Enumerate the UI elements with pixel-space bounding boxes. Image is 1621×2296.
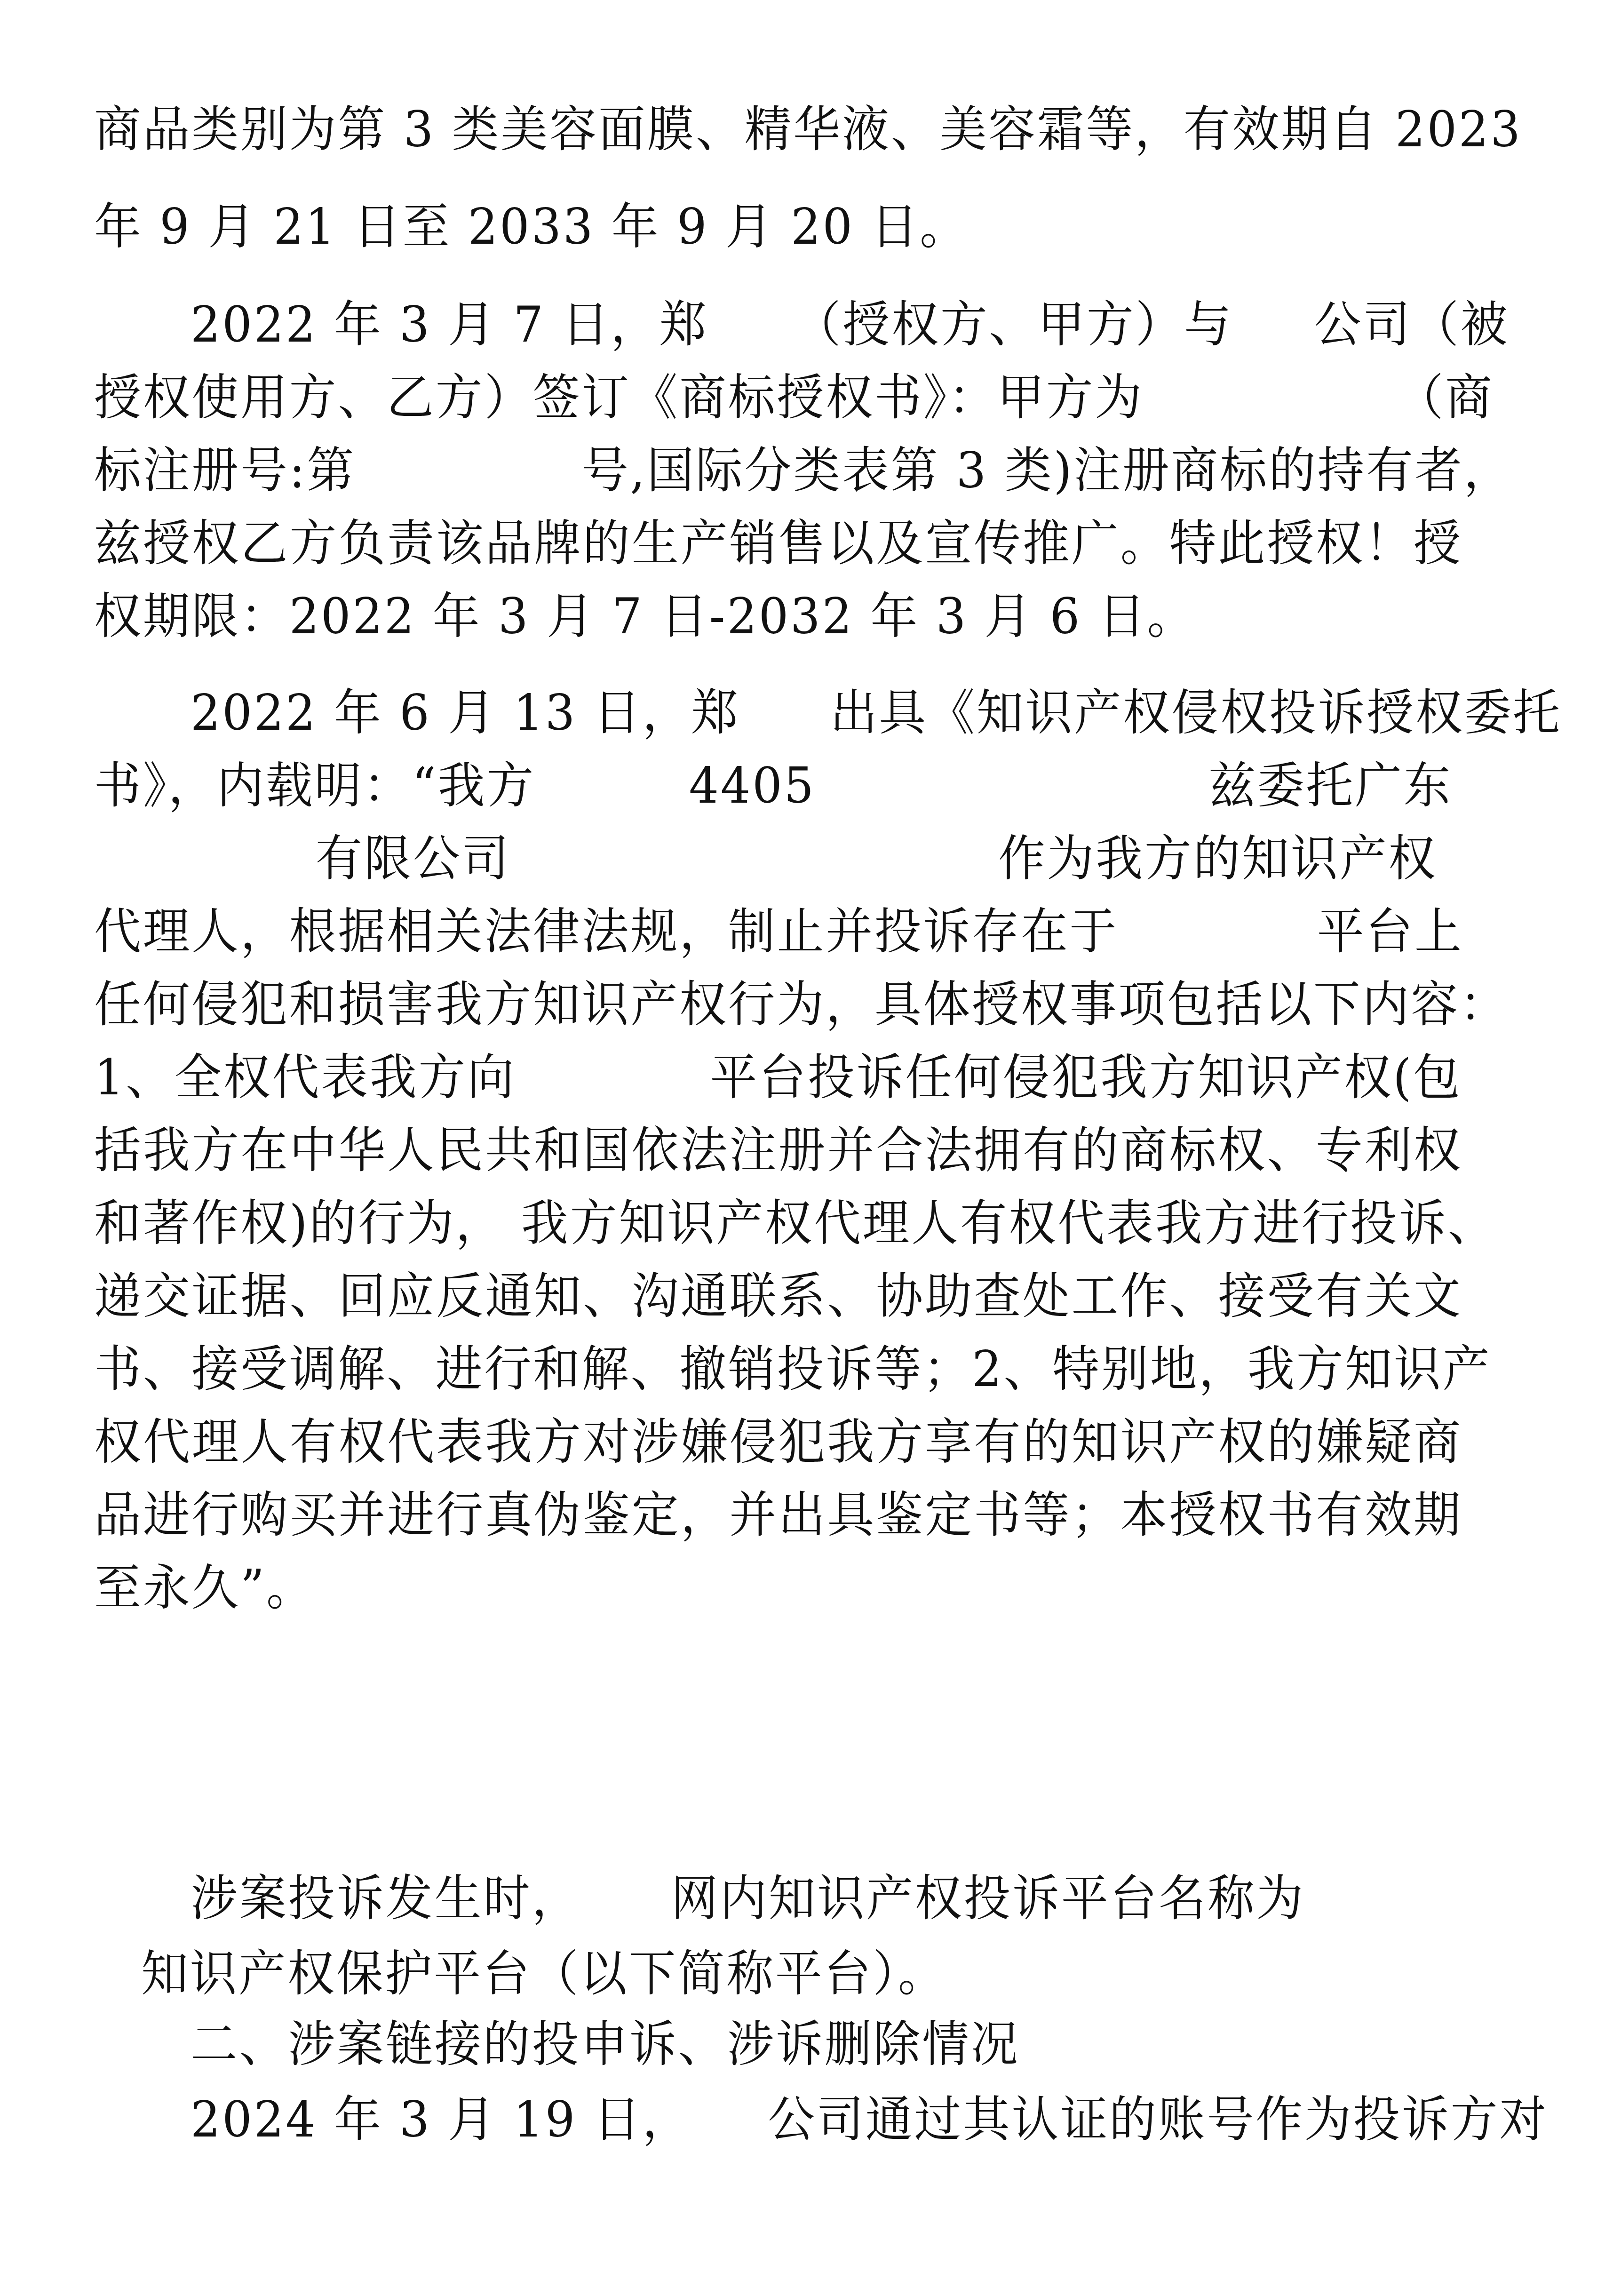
text-segment: 4405 <box>689 757 815 814</box>
text-segment: 2024 年 3 月 19 日， <box>191 2091 691 2148</box>
text-segment: 权代理人有权代表我方对涉嫌侵犯我方享有的知识产权的嫌疑商 <box>94 1413 1462 1471</box>
document-page: 商品类别为第 3 类美容面膜、精华液、美容霜等，有效期自 2023 年 9 月 … <box>0 0 1621 2296</box>
text-line-2: 年 9 月 21 日至 2033 年 9 月 20 日。 <box>94 194 1462 260</box>
text-line-22: 知识产权保护平台（以下简称平台）。 <box>141 1941 1510 2007</box>
text-segment: 号,国际分类表第 3 类)注册商标的持有者， <box>581 442 1512 499</box>
text-line-4: 授权使用方、乙方）签订《商标授权书》：甲方为（商 <box>94 365 1462 430</box>
text-segment: 有限公司 <box>315 830 510 887</box>
text-segment: 作为我方的知识产权 <box>998 830 1437 887</box>
text-segment: 知识产权保护平台（以下简称平台）。 <box>141 1945 947 2002</box>
text-line-17: 书、接受调解、进行和解、撤销投诉等；2、特别地，我方知识产 <box>94 1336 1462 1402</box>
text-segment: 商品类别为第 3 类美容面膜、精华液、美容霜等，有效期自 2023 <box>94 101 1522 158</box>
text-segment: 网内知识产权投诉平台名称为 <box>671 1870 1305 1927</box>
text-line-8: 2022 年 6 月 13 日，郑出具《知识产权侵权投诉授权委托 <box>191 680 1466 746</box>
text-line-3: 2022 年 3 月 7 日，郑（授权方、甲方）与公司（被 <box>191 292 1466 358</box>
text-segment: 2022 年 3 月 7 日，郑 <box>191 296 708 353</box>
text-line-19: 品进行购买并进行真伪鉴定，并出具鉴定书等；本授权书有效期 <box>94 1482 1462 1548</box>
text-segment: 2022 年 6 月 13 日，郑 <box>191 684 740 741</box>
text-segment: 1、全权代表我方向 <box>94 1049 516 1106</box>
text-line-14: 括我方在中华人民共和国依法注册并合法拥有的商标权、专利权 <box>94 1117 1462 1183</box>
text-segment: 任何侵犯和损害我方知识产权行为，具体授权事项包括以下内容： <box>94 976 1509 1033</box>
text-segment: 涉案投诉发生时， <box>191 1870 580 1927</box>
text-line-21: 涉案投诉发生时，网内知识产权投诉平台名称为 <box>191 1865 1466 1931</box>
text-segment: 权期限：2022 年 3 月 7 日-2032 年 3 月 6 日。 <box>94 588 1196 645</box>
text-line-13: 1、全权代表我方向平台投诉任何侵犯我方知识产权(包 <box>94 1044 1462 1110</box>
text-line-20: 至永久”。 <box>94 1555 1462 1621</box>
text-segment: 括我方在中华人民共和国依法注册并合法拥有的商标权、专利权 <box>94 1122 1462 1179</box>
text-segment: （授权方、甲方）与 <box>794 296 1233 353</box>
text-segment: 至永久”。 <box>94 1559 315 1617</box>
text-line-9: 书》，内载明：“我方4405兹委托广东 <box>94 753 1462 819</box>
section-heading-text: 二、涉案链接的投申诉、涉诉删除情况 <box>191 2016 1020 2073</box>
text-line-1: 商品类别为第 3 类美容面膜、精华液、美容霜等，有效期自 2023 <box>94 96 1462 162</box>
text-segment: 出具《知识产权侵权投诉授权委托 <box>830 684 1562 741</box>
text-segment: 书》，内载明：“我方 <box>94 757 535 814</box>
text-segment: 公司通过其认证的账号作为投诉方对 <box>768 2091 1548 2148</box>
text-line-24: 2024 年 3 月 19 日，公司通过其认证的账号作为投诉方对 <box>191 2087 1466 2152</box>
text-segment: 兹授权乙方负责该品牌的生产销售以及宣传推广。特此授权！授 <box>94 515 1462 572</box>
text-line-10: 有限公司作为我方的知识产权 <box>94 826 1462 892</box>
text-line-15: 和著作权)的行为， 我方知识产权代理人有权代表我方进行投诉、 <box>94 1190 1462 1256</box>
section-heading: 二、涉案链接的投申诉、涉诉删除情况 <box>191 2011 1466 2077</box>
text-segment: 书、接受调解、进行和解、撤销投诉等；2、特别地，我方知识产 <box>94 1340 1491 1398</box>
text-segment: 年 9 月 21 日至 2033 年 9 月 20 日。 <box>94 198 969 255</box>
text-segment: 平台上 <box>1317 903 1463 960</box>
text-segment: 平台投诉任何侵犯我方知识产权(包 <box>710 1049 1462 1106</box>
text-line-12: 任何侵犯和损害我方知识产权行为，具体授权事项包括以下内容： <box>94 972 1462 1037</box>
text-line-7: 权期限：2022 年 3 月 7 日-2032 年 3 月 6 日。 <box>94 583 1462 649</box>
text-segment: 递交证据、回应反通知、沟通联系、协助查处工作、接受有关文 <box>94 1268 1462 1325</box>
text-segment: 品进行购买并进行真伪鉴定，并出具鉴定书等；本授权书有效期 <box>94 1486 1462 1544</box>
text-segment: 和著作权)的行为， 我方知识产权代理人有权代表我方进行投诉、 <box>94 1195 1496 1252</box>
text-segment: （商 <box>1397 369 1494 426</box>
text-segment: 兹委托广东 <box>1208 757 1452 814</box>
text-segment: 公司（被 <box>1314 296 1510 353</box>
text-line-6: 兹授权乙方负责该品牌的生产销售以及宣传推广。特此授权！授 <box>94 510 1462 576</box>
text-line-16: 递交证据、回应反通知、沟通联系、协助查处工作、接受有关文 <box>94 1263 1462 1329</box>
text-line-18: 权代理人有权代表我方对涉嫌侵犯我方享有的知识产权的嫌疑商 <box>94 1409 1462 1475</box>
text-segment: 授权使用方、乙方）签订《商标授权书》：甲方为 <box>94 369 1144 426</box>
text-line-5: 标注册号:第号,国际分类表第 3 类)注册商标的持有者， <box>94 438 1462 503</box>
text-line-11: 代理人，根据相关法律法规，制止并投诉存在于平台上 <box>94 899 1462 965</box>
text-segment: 标注册号:第 <box>94 442 356 499</box>
text-segment: 代理人，根据相关法律法规，制止并投诉存在于 <box>94 903 1118 960</box>
